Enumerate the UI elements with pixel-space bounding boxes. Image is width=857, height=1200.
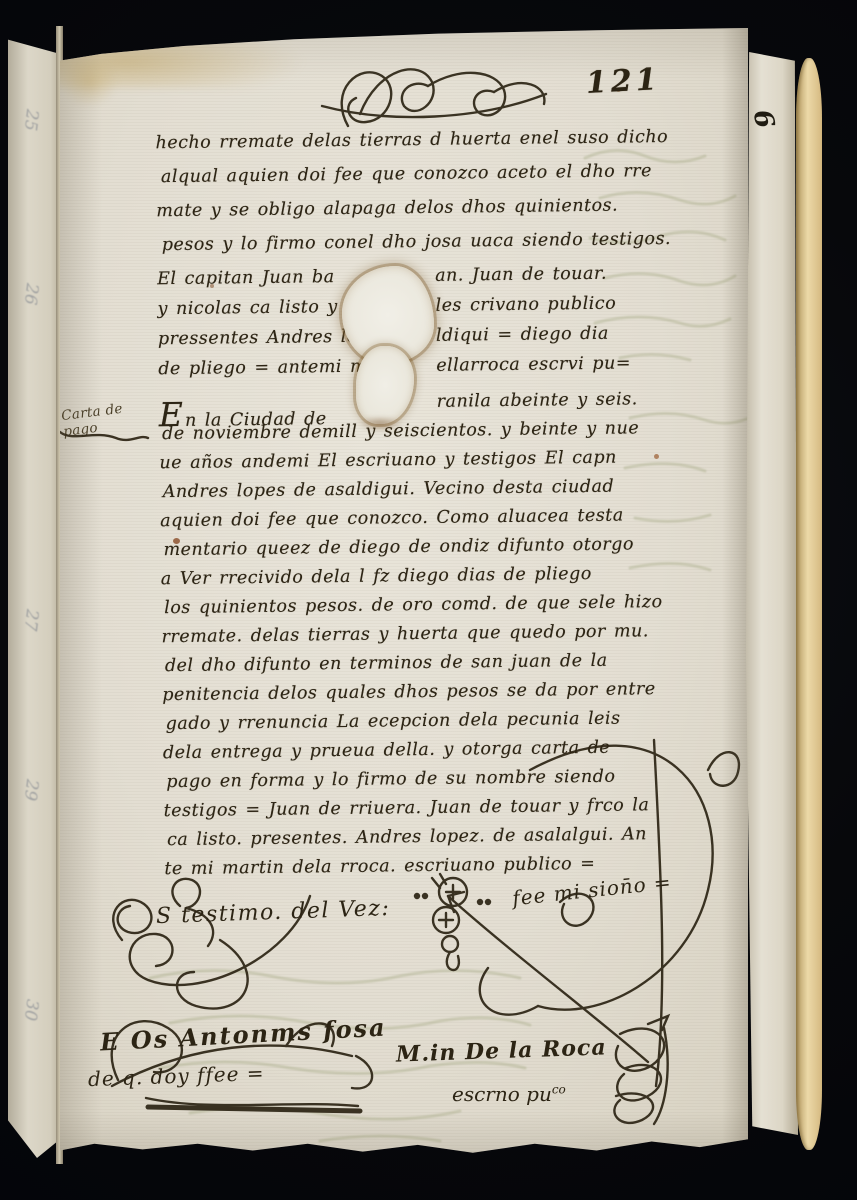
vellum-cover-edge [796, 58, 822, 1150]
manuscript-page: 121 Carta de pago hecho rremate delas ti… [60, 28, 748, 1155]
signature-right-title: escrno puco [452, 1082, 566, 1106]
signature-right-title-superscript: co [552, 1082, 566, 1096]
singed-edge [358, 416, 402, 430]
gutter-folio-numeral: 27 [20, 608, 42, 632]
gutter-folio-numeral: 30 [20, 998, 42, 1022]
text-line-right-of-hole: an. Juan de touar. [435, 264, 607, 286]
carta-de-pago-paragraph: de noviembre demill y seiscientos. y bei… [159, 418, 690, 888]
text-line-right-of-hole: les crivano publico [435, 294, 616, 316]
gutter-folio-numeral: 29 [20, 778, 42, 802]
margin-note-carta-de-pago: Carta de pago [60, 396, 163, 440]
gutter-folio-numeral: 25 [20, 108, 42, 132]
foxing-spot [210, 284, 214, 288]
foxing-spot [173, 538, 180, 544]
notarial-rubric-circles [415, 878, 490, 970]
left-signature-flourish [113, 879, 310, 1009]
signature-right-title-text: escrno pu [452, 1082, 552, 1106]
attestation-line: S testimo. del Vez: [156, 896, 391, 929]
photo-background: 2526272930 121 [0, 0, 857, 1200]
right-signature-rubric-knot [614, 1016, 668, 1124]
text-line-right-of-hole: ldiqui = diego dia [436, 324, 609, 346]
underlying-page-edge: 6 [746, 52, 798, 1146]
foxing-spot [654, 454, 659, 459]
top-cross-flourish [322, 69, 546, 126]
text-line-right-of-hole: ellarroca escrvi pu= [436, 353, 631, 375]
fore-edge-number: 6 [746, 107, 779, 131]
gutter-folio-numeral: 26 [20, 282, 42, 306]
signature-left-name: E Os Antonms fosa [99, 1013, 387, 1057]
signature-right-name: M.in De la Roca [396, 1034, 607, 1067]
text-line-right-of-hole: ranila abeinte y seis. [437, 389, 638, 411]
carta-de-pago-first-line: En la Ciudad de ranila abeinte y seis. [159, 389, 684, 424]
previous-page-edge: 2526272930 [8, 26, 58, 1166]
folio-number: 121 [585, 62, 661, 101]
gutter-stain [60, 56, 118, 108]
manuscript-text-block: hecho rremate delas tierras d huerta ene… [155, 127, 689, 888]
opening-paragraph: hecho rremate delas tierras d huerta ene… [155, 127, 682, 269]
signature-left-doy-fee: de q. doy ffee = [88, 1061, 265, 1091]
text-line-split: de pliego = antemi ma ellarroca escrvi p… [158, 353, 683, 389]
